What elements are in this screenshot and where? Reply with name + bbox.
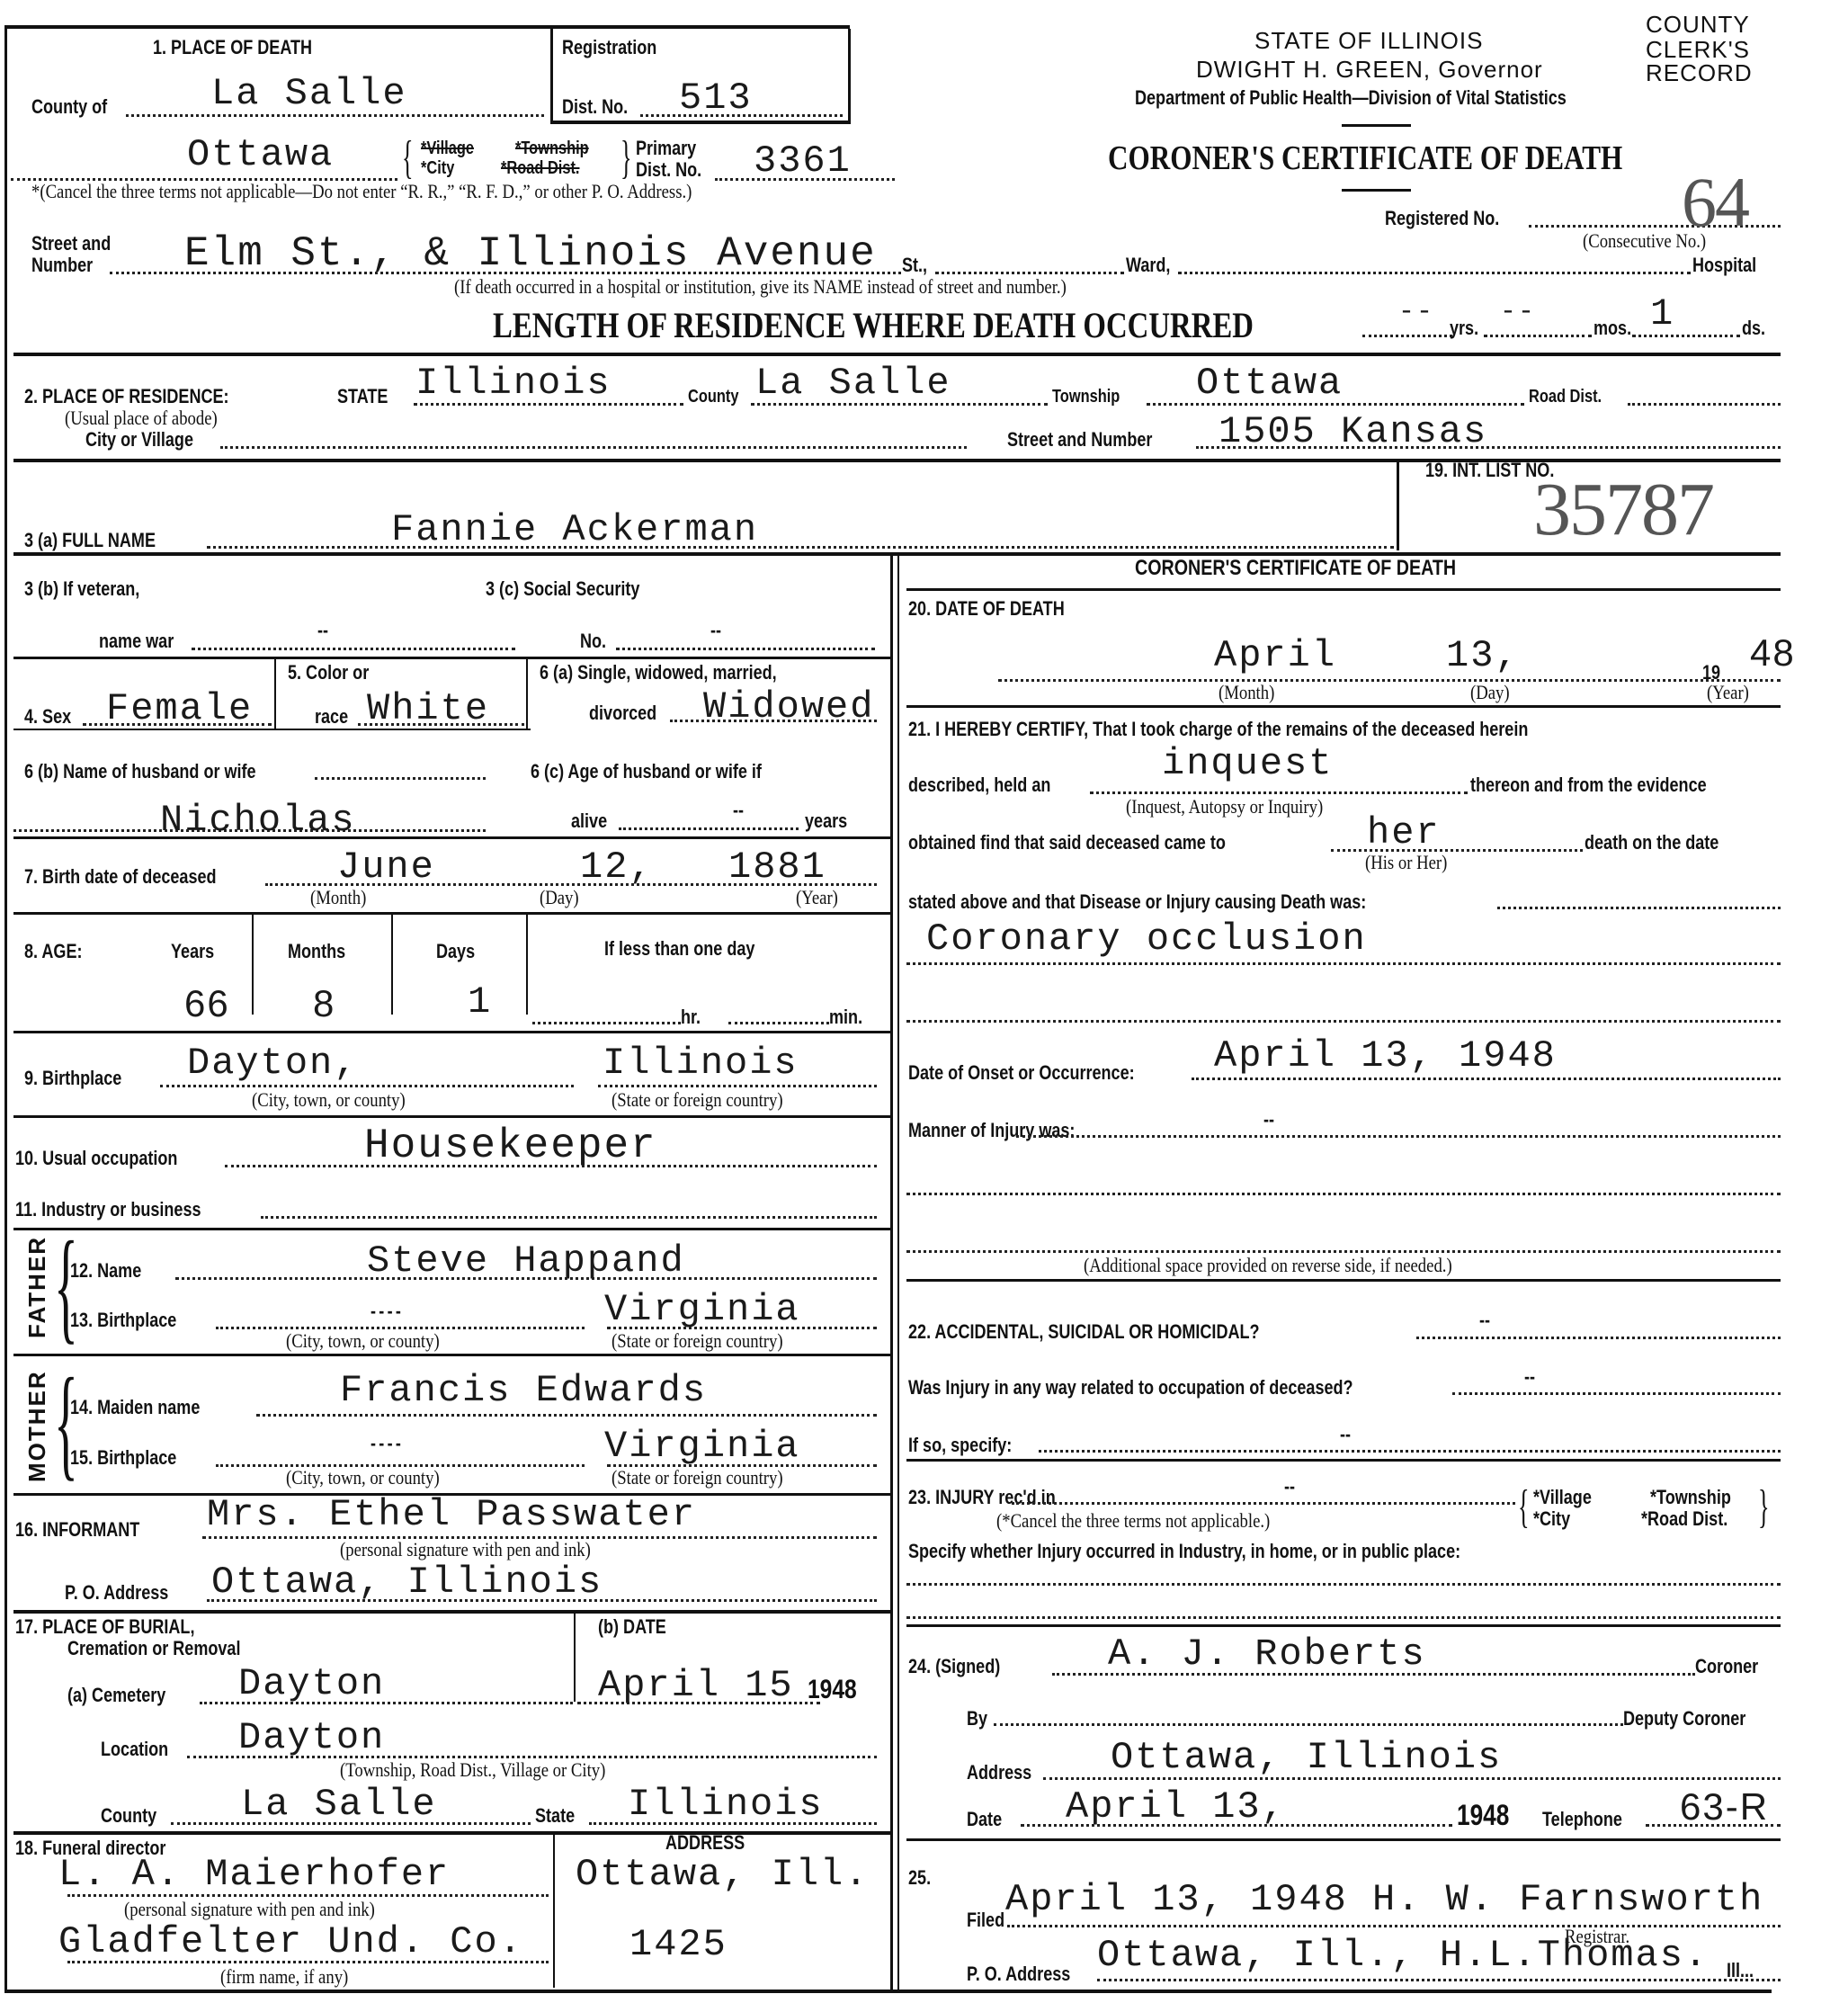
full-name-field[interactable]: Fannie Ackerman: [391, 508, 758, 551]
rule-after-coroner: [906, 1838, 1781, 1841]
spouse-age-field[interactable]: --: [733, 799, 744, 822]
death-street-field[interactable]: Elm St., & Illinois Avenue: [184, 230, 877, 277]
hospital-label: Hospital: [1692, 254, 1756, 277]
mother-birthplace-label: 15. Birthplace: [70, 1446, 176, 1470]
alive-label: alive: [571, 809, 607, 833]
county-of-label: County of: [31, 95, 107, 119]
residence-street-label: Street and Number: [1007, 428, 1152, 452]
registration-label: Registration: [562, 36, 656, 59]
min-label: min.: [829, 1006, 862, 1029]
birthplace-state-field[interactable]: Illinois: [603, 1042, 799, 1085]
county-record-line1: COUNTY: [1646, 11, 1750, 39]
top-border: [4, 25, 850, 29]
telephone-field[interactable]: 63-R: [1680, 1785, 1769, 1829]
death-day-hint: (Day): [1470, 681, 1510, 704]
certify-line-1: 21. I HEREBY CERTIFY, That I took charge…: [908, 718, 1528, 741]
coroner-address-field[interactable]: Ottawa, Illinois: [1111, 1736, 1502, 1779]
village-option[interactable]: *Village: [421, 139, 474, 159]
accidental-field[interactable]: --: [1479, 1309, 1490, 1332]
death-year-hint: (Year): [1707, 681, 1749, 704]
accidental-label: 22. ACCIDENTAL, SUICIDAL OR HOMICIDAL?: [908, 1320, 1260, 1344]
mother-city-hint: (City, town, or county): [286, 1466, 440, 1489]
funeral-address-label: ADDRESS: [665, 1831, 745, 1855]
spouse-age-line: [619, 827, 799, 830]
st-label: St.,: [902, 254, 927, 277]
location-label: Location: [101, 1738, 168, 1761]
father-name-label: 12. Name: [70, 1259, 141, 1283]
funeral-director-field[interactable]: L. A. Maierhofer: [58, 1853, 450, 1896]
primary-dist-field[interactable]: 3361: [754, 139, 852, 183]
rule-after-birth: [13, 912, 890, 915]
rule-after-occupation: [13, 1228, 890, 1230]
specify-label: If so, specify:: [908, 1434, 1012, 1457]
birthplace-city-hint: (City, town, or county): [252, 1088, 406, 1112]
sex-race-divider: [274, 658, 276, 729]
filing-address-line: [1097, 1979, 1781, 1981]
held-field[interactable]: inquest: [1162, 742, 1333, 785]
age-months-field[interactable]: 8: [313, 982, 335, 1025]
birth-day-hint: (Day): [540, 886, 579, 909]
title-rule-top: [1342, 124, 1411, 127]
ds-line: [1632, 335, 1740, 337]
burial-date-divider: [574, 1612, 576, 1702]
race-field[interactable]: White: [367, 687, 489, 730]
industry-label: 11. Industry or business: [15, 1198, 201, 1221]
spouse-field[interactable]: Nicholas: [160, 799, 356, 842]
primary-label: Primary: [636, 137, 696, 160]
social-security-label: 3 (c) Social Security: [486, 577, 639, 601]
burial-date-label: (b) DATE: [598, 1615, 666, 1639]
age-years-label: Years: [171, 940, 214, 963]
cemetery-label: (a) Cemetery: [67, 1684, 165, 1707]
cause-line-1: [906, 962, 1781, 965]
additional-space-hint: (Additional space provided on reverse si…: [1084, 1254, 1452, 1277]
death-year-field[interactable]: 48: [1750, 631, 1796, 675]
injury-village-option[interactable]: *Village: [1533, 1486, 1592, 1509]
left-border: [4, 25, 7, 1990]
name-war-field[interactable]: --: [317, 619, 328, 642]
street-label-2: Number: [31, 254, 93, 277]
residence-township-field[interactable]: Ottawa: [1196, 362, 1343, 405]
dist-no-label: Dist. No.: [562, 95, 628, 119]
residence-township-label: Township: [1052, 387, 1120, 407]
rule-after-spouse: [13, 836, 890, 839]
date-of-death-label: 20. DATE OF DEATH: [908, 597, 1065, 621]
death-month-hint: (Month): [1219, 681, 1274, 704]
birthplace-city-line: [160, 1085, 574, 1087]
location-field[interactable]: Dayton: [238, 1716, 385, 1759]
certificate-title: CORONER'S CERTIFICATE OF DEATH: [1108, 139, 1622, 178]
birth-day-field[interactable]: 12,: [580, 845, 654, 889]
ds-label: ds.: [1742, 317, 1765, 340]
informant-address-label: P. O. Address: [65, 1581, 168, 1605]
injury-field[interactable]: --: [1284, 1475, 1295, 1498]
birth-year-field[interactable]: 1881: [728, 845, 826, 889]
pronoun-field[interactable]: her: [1367, 811, 1441, 854]
registered-no-label: Registered No.: [1385, 207, 1499, 230]
injury-where-line-2: [906, 1616, 1781, 1619]
divorced-label: divorced: [589, 702, 656, 725]
manner-field[interactable]: --: [1263, 1108, 1274, 1131]
rule-after-birthplace: [13, 1115, 890, 1118]
color-label: 5. Color or: [288, 661, 369, 684]
informant-address-field[interactable]: Ottawa, Illinois: [211, 1560, 603, 1604]
coroner-year-field[interactable]: 1948: [1457, 1799, 1509, 1832]
hr-label: hr.: [681, 1006, 701, 1029]
column-divider-inner: [897, 554, 899, 1990]
registration-box-left: [550, 29, 553, 123]
described-label: described, held an: [908, 773, 1050, 797]
name-war-label: name war: [99, 630, 174, 653]
name-war-line: [192, 648, 515, 650]
injury-brace-right: }: [1758, 1484, 1769, 1531]
city-village-line: [220, 446, 967, 449]
rule-after-section1: [13, 353, 1781, 356]
pronoun-hint: (His or Her): [1365, 851, 1447, 874]
death-city-field[interactable]: Ottawa: [187, 133, 334, 176]
signed-label: 24. (Signed): [908, 1655, 1000, 1678]
industry-line: [261, 1216, 877, 1219]
injury-road-dist-option[interactable]: *Road Dist.: [1641, 1507, 1727, 1531]
full-name-label: 3 (a) FULL NAME: [24, 529, 156, 552]
length-of-residence-label: LENGTH OF RESIDENCE WHERE DEATH OCCURRED: [493, 304, 1254, 346]
rule-after-date-of-death: [906, 705, 1781, 708]
race-label: race: [315, 705, 348, 729]
column-divider: [890, 554, 893, 1990]
funeral-firm-line: [67, 1961, 549, 1963]
telephone-label: Telephone: [1542, 1808, 1622, 1831]
occupation-related-field[interactable]: --: [1524, 1365, 1535, 1389]
residence-county-label: County: [688, 387, 738, 407]
mother-state-hint: (State or foreign country): [612, 1466, 783, 1489]
specify-line: [1039, 1450, 1781, 1453]
yrs-line: [1362, 335, 1452, 337]
residence-days-field[interactable]: 1: [1650, 292, 1674, 335]
cancel-terms-note: *(Cancel the three terms not applicable—…: [31, 180, 692, 203]
age-months-label: Months: [288, 940, 345, 963]
state-heading: STATE OF ILLINOIS: [1254, 27, 1483, 55]
veteran-label: 3 (b) If veteran,: [24, 577, 139, 601]
burial-state-field[interactable]: Illinois: [628, 1783, 824, 1826]
death-county-field[interactable]: La Salle: [211, 72, 407, 115]
age-days-field[interactable]: 1: [468, 980, 492, 1024]
mother-name-label: 14. Maiden name: [70, 1396, 200, 1419]
death-on-label: death on the date: [1585, 831, 1719, 854]
thereon-label: thereon and from the evidence: [1470, 773, 1707, 797]
yrs-label: yrs.: [1450, 317, 1478, 340]
death-month-field[interactable]: April: [1214, 634, 1336, 677]
birthplace-state-hint: (State or foreign country): [612, 1088, 783, 1112]
title-rule-bottom: [1342, 189, 1411, 192]
age-label: 8. AGE:: [24, 940, 82, 963]
funeral-director-line: [67, 1894, 549, 1897]
manner-line-3: [906, 1250, 1781, 1253]
birth-month-field[interactable]: June: [337, 845, 435, 889]
hospital-line: [1178, 272, 1691, 274]
age-days-label: Days: [436, 940, 475, 963]
age-divider-1: [252, 914, 254, 1015]
int-list-divider: [1397, 461, 1399, 550]
cemetery-field[interactable]: Dayton: [238, 1662, 385, 1705]
injury-line: [1012, 1502, 1515, 1505]
occupation-related-label: Was Injury in any way related to occupat…: [908, 1376, 1353, 1399]
stated-label: stated above and that Disease or Injury …: [908, 890, 1366, 914]
filing-address-tail: Ill...: [1727, 1959, 1754, 1982]
filed-label: Filed: [967, 1909, 1004, 1932]
mother-side-label: MOTHER: [23, 1370, 51, 1482]
stated-line: [1497, 907, 1781, 909]
held-hint: (Inquest, Autopsy or Inquiry): [1126, 795, 1323, 818]
consecutive-hint: (Consecutive No.): [1583, 229, 1706, 253]
hours-line: [532, 1022, 681, 1024]
city-village-label: City or Village: [85, 428, 193, 452]
injury-label: 23. INJURY rec'd in: [908, 1486, 1056, 1509]
rule-after-injury: [906, 1624, 1781, 1627]
manner-line: [1016, 1135, 1781, 1138]
burial-state-label: State: [535, 1804, 575, 1828]
by-line: [994, 1723, 1623, 1726]
hospital-note: (If death occurred in a hospital or inst…: [454, 275, 1067, 299]
location-hint: (Township, Road Dist., Village or City): [340, 1758, 605, 1782]
registration-box-bottom: [550, 121, 851, 124]
funeral-address-number[interactable]: 1425: [629, 1923, 728, 1966]
residence-state-label: STATE: [337, 385, 388, 408]
marital-field[interactable]: Widowed: [703, 685, 874, 729]
injury-brace-left: {: [1518, 1484, 1529, 1531]
funeral-firm-field[interactable]: Gladfelter Und. Co.: [58, 1920, 523, 1963]
filed-line: [1007, 1925, 1781, 1927]
manner-line-2: [906, 1193, 1781, 1195]
mos-label: mos.: [1594, 317, 1631, 340]
residence-label: 2. PLACE OF RESIDENCE:: [24, 385, 229, 408]
years-label: years: [805, 809, 847, 833]
father-side-label: FATHER: [23, 1236, 51, 1338]
injury-city-option[interactable]: *City: [1533, 1507, 1570, 1531]
int-list-number: 35787: [1533, 466, 1713, 553]
mother-name-field[interactable]: Francis Edwards: [340, 1369, 707, 1412]
spouse-age-label: 6 (c) Age of husband or wife if: [531, 760, 762, 783]
coroner-date-field[interactable]: April 13,: [1066, 1785, 1286, 1829]
accidental-line: [1416, 1337, 1781, 1339]
injury-where-line-1: [906, 1583, 1781, 1586]
filing-number: 25.: [908, 1866, 931, 1890]
informant-label: 16. INFORMANT: [15, 1518, 139, 1542]
funeral-address-divider: [553, 1835, 555, 1988]
obtained-label: obtained find that said deceased came to: [908, 831, 1226, 854]
primary-dist-label: Dist. No.: [636, 158, 701, 182]
injury-township-option[interactable]: *Township: [1650, 1486, 1731, 1509]
onset-label: Date of Onset or Occurrence:: [908, 1061, 1135, 1085]
mother-birth-city-field[interactable]: ----: [370, 1432, 404, 1455]
date-of-death-line: [998, 679, 1781, 682]
occupation-label: 10. Usual occupation: [15, 1147, 177, 1170]
rule-after-accidental: [906, 1459, 1781, 1462]
onset-field[interactable]: April 13, 1948: [1214, 1034, 1557, 1078]
informant-sig-hint: (personal signature with pen and ink): [340, 1538, 591, 1561]
birthplace-state-line: [598, 1085, 877, 1087]
filing-address-label: P. O. Address: [967, 1963, 1070, 1986]
mother-name-line: [256, 1414, 877, 1417]
less-than-day-label: If less than one day: [604, 937, 754, 961]
father-name-field[interactable]: Steve Happand: [367, 1239, 685, 1283]
county-record-line3: RECORD: [1646, 59, 1753, 87]
ward-label: Ward,: [1126, 254, 1170, 277]
residence-road-dist-line: [1628, 403, 1781, 406]
rule-under-subtitle: [906, 588, 1781, 591]
governor-heading: DWIGHT H. GREEN, Governor: [1196, 56, 1543, 84]
funeral-firm-hint: (firm name, if any): [220, 1965, 348, 1989]
age-divider-3: [526, 914, 528, 1015]
township-option[interactable]: *Township: [515, 139, 589, 159]
rule-after-cause: [906, 1279, 1781, 1282]
birth-year-hint: (Year): [796, 886, 838, 909]
ward-line: [935, 272, 1124, 274]
death-day-field[interactable]: 13,: [1446, 634, 1520, 677]
rule-after-veteran: [13, 657, 890, 659]
bottom-border: [4, 1990, 1772, 1993]
cause-of-death-field[interactable]: Coronary occlusion: [926, 917, 1367, 961]
registration-box-right: [848, 29, 851, 123]
rule-after-burial: [13, 1831, 890, 1835]
birth-date-label: 7. Birth date of deceased: [24, 865, 217, 889]
residence-road-dist-label: Road Dist.: [1529, 387, 1602, 407]
ss-no-field[interactable]: --: [710, 619, 721, 642]
rule-after-age: [13, 1031, 890, 1033]
father-birth-state-field[interactable]: Virginia: [604, 1288, 800, 1331]
ss-no-line: [616, 648, 875, 650]
residence-years-field[interactable]: --: [1398, 297, 1434, 327]
place-type-brace-left: {: [402, 135, 413, 182]
manner-label: Manner of Injury was:: [908, 1119, 1075, 1142]
burial-date-field[interactable]: April 15: [598, 1664, 794, 1707]
minutes-line: [728, 1022, 829, 1024]
street-label-1: Street and: [31, 232, 111, 255]
by-label: By: [967, 1707, 987, 1730]
burial-year-field[interactable]: 1948: [808, 1675, 857, 1705]
place-type-brace-right: }: [620, 135, 631, 182]
burial-county-label: County: [101, 1804, 156, 1828]
residence-county-field[interactable]: La Salle: [755, 362, 951, 405]
road-dist-option[interactable]: *Road Dist.: [501, 158, 579, 179]
residence-months-field[interactable]: --: [1500, 297, 1536, 327]
dist-no-field[interactable]: 513: [679, 76, 753, 120]
mother-birth-state-field[interactable]: Virginia: [604, 1425, 800, 1468]
injury-cancel-hint: (*Cancel the three terms not applicable.…: [996, 1509, 1270, 1533]
coroner-subtitle: CORONER'S CERTIFICATE OF DEATH: [1135, 556, 1456, 581]
race-marital-divider: [526, 658, 528, 729]
filed-field[interactable]: April 13, 1948 H. W. Farnsworth: [1005, 1878, 1763, 1921]
birth-month-hint: (Month): [310, 886, 366, 909]
occupation-related-line: [1452, 1392, 1781, 1395]
place-of-death-label: 1. PLACE OF DEATH: [153, 36, 312, 59]
coroner-date-label: Date: [967, 1808, 1002, 1831]
burial-label-2: Cremation or Removal: [67, 1637, 240, 1660]
informant-field[interactable]: Mrs. Ethel Passwater: [207, 1493, 696, 1536]
cause-line-2: [906, 1020, 1781, 1023]
burial-county-field[interactable]: La Salle: [241, 1783, 437, 1826]
birthplace-city-field[interactable]: Dayton,: [187, 1042, 358, 1085]
age-divider-2: [391, 914, 393, 1015]
father-birth-city-field[interactable]: ----: [370, 1300, 404, 1323]
department-heading: Department of Public Health—Division of …: [1135, 86, 1567, 110]
father-birthplace-label: 13. Birthplace: [70, 1309, 176, 1332]
full-name-line: [207, 546, 1394, 549]
age-years-field[interactable]: 66: [184, 982, 230, 1025]
sex-field[interactable]: Female: [106, 687, 253, 730]
funeral-address-field[interactable]: Ottawa, Ill.: [576, 1853, 869, 1896]
deputy-coroner-label: Deputy Coroner: [1623, 1707, 1745, 1730]
usual-place-hint: (Usual place of abode): [65, 407, 218, 430]
birthplace-label: 9. Birthplace: [24, 1067, 121, 1090]
coroner-address-label: Address: [967, 1761, 1031, 1784]
coroner-signed-field[interactable]: A. J. Roberts: [1108, 1632, 1426, 1676]
marital-label: 6 (a) Single, widowed, married,: [540, 661, 777, 684]
coroner-title-label: Coroner: [1695, 1655, 1758, 1678]
rule-after-father: [13, 1354, 890, 1356]
funeral-sig-hint: (personal signature with pen and ink): [124, 1898, 375, 1921]
specify-field[interactable]: --: [1340, 1423, 1351, 1446]
father-state-hint: (State or foreign country): [612, 1329, 783, 1353]
city-option[interactable]: *City: [421, 158, 454, 179]
occupation-field[interactable]: Housekeeper: [364, 1122, 657, 1169]
residence-state-field[interactable]: Illinois: [415, 362, 612, 405]
burial-label-1: 17. PLACE OF BURIAL,: [15, 1615, 194, 1639]
mos-line: [1484, 335, 1592, 337]
sex-label: 4. Sex: [24, 705, 71, 729]
filing-address-field[interactable]: Ottawa, Ill., H.L.Thomas.: [1097, 1934, 1709, 1977]
rule-after-informant: [13, 1610, 890, 1614]
residence-street-field[interactable]: 1505 Kansas: [1219, 410, 1487, 453]
spouse-label: 6 (b) Name of husband or wife: [24, 760, 256, 783]
onset-line: [1192, 1078, 1781, 1080]
father-city-hint: (City, town, or county): [286, 1329, 440, 1353]
held-line: [1090, 791, 1468, 794]
spouse-label-line: [315, 777, 486, 780]
ss-no-label: No.: [580, 630, 606, 653]
injury-where-label: Specify whether Injury occurred in Indus…: [908, 1540, 1460, 1563]
